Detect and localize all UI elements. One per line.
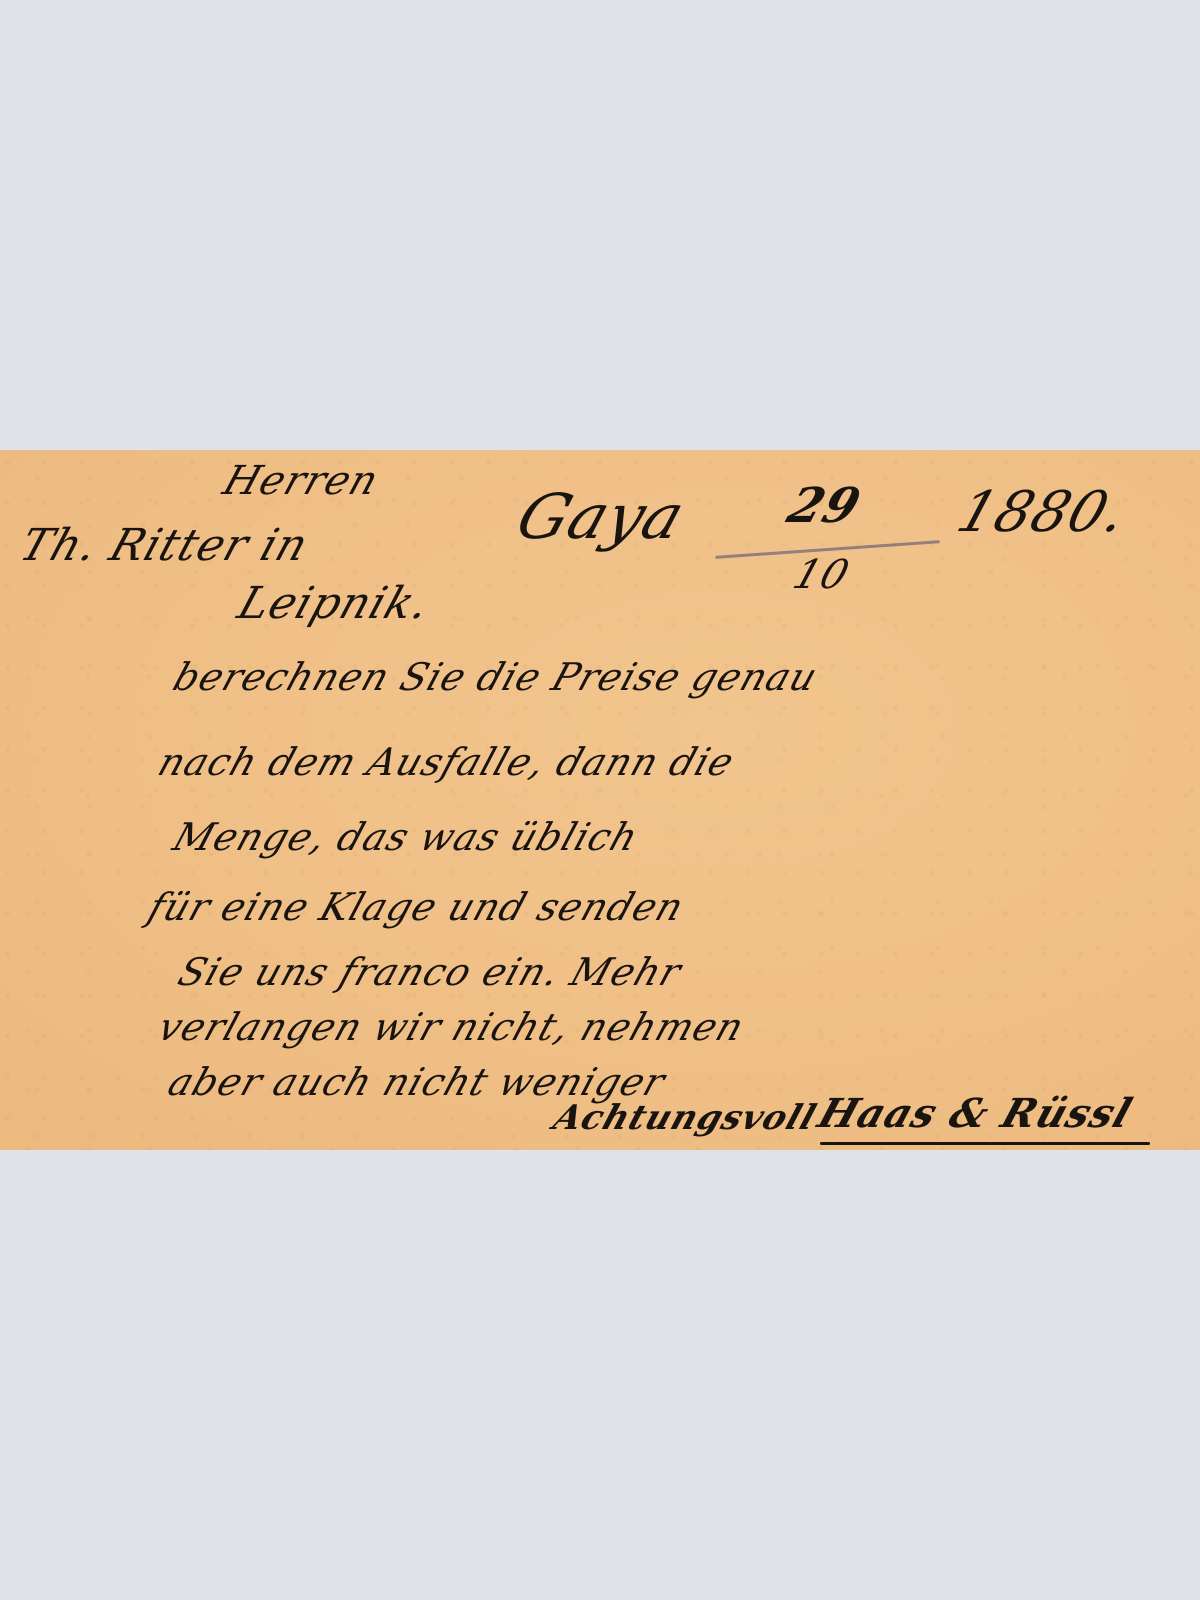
body-line: verlangen wir nicht, nehmen xyxy=(153,1005,750,1049)
recipient-place-text: Leipnik. xyxy=(232,578,437,629)
body-line: für eine Klage und senden xyxy=(143,885,690,929)
date-day-text: 29 xyxy=(781,478,868,534)
salutation-text: Herren xyxy=(218,458,385,504)
closing-text: Achtungsvoll xyxy=(549,1098,822,1138)
place-text: Gaya xyxy=(508,480,694,553)
recipient-name-text: Th. Ritter in xyxy=(14,520,315,571)
signature-text: Haas & Rüssl xyxy=(812,1090,1138,1137)
signature-underline xyxy=(820,1142,1150,1145)
date-year-text: 1880. xyxy=(949,480,1135,545)
body-line: Sie uns franco ein. Mehr xyxy=(173,950,687,994)
date-month-text: 10 xyxy=(788,552,856,598)
body-line: nach dem Ausfalle, dann die xyxy=(153,740,740,784)
body-line: berechnen Sie die Preise genau xyxy=(168,655,824,699)
body-line: Menge, das was üblich xyxy=(168,815,644,859)
postcard-scan: Herren Th. Ritter in Leipnik. Gaya 29 10… xyxy=(0,450,1200,1150)
